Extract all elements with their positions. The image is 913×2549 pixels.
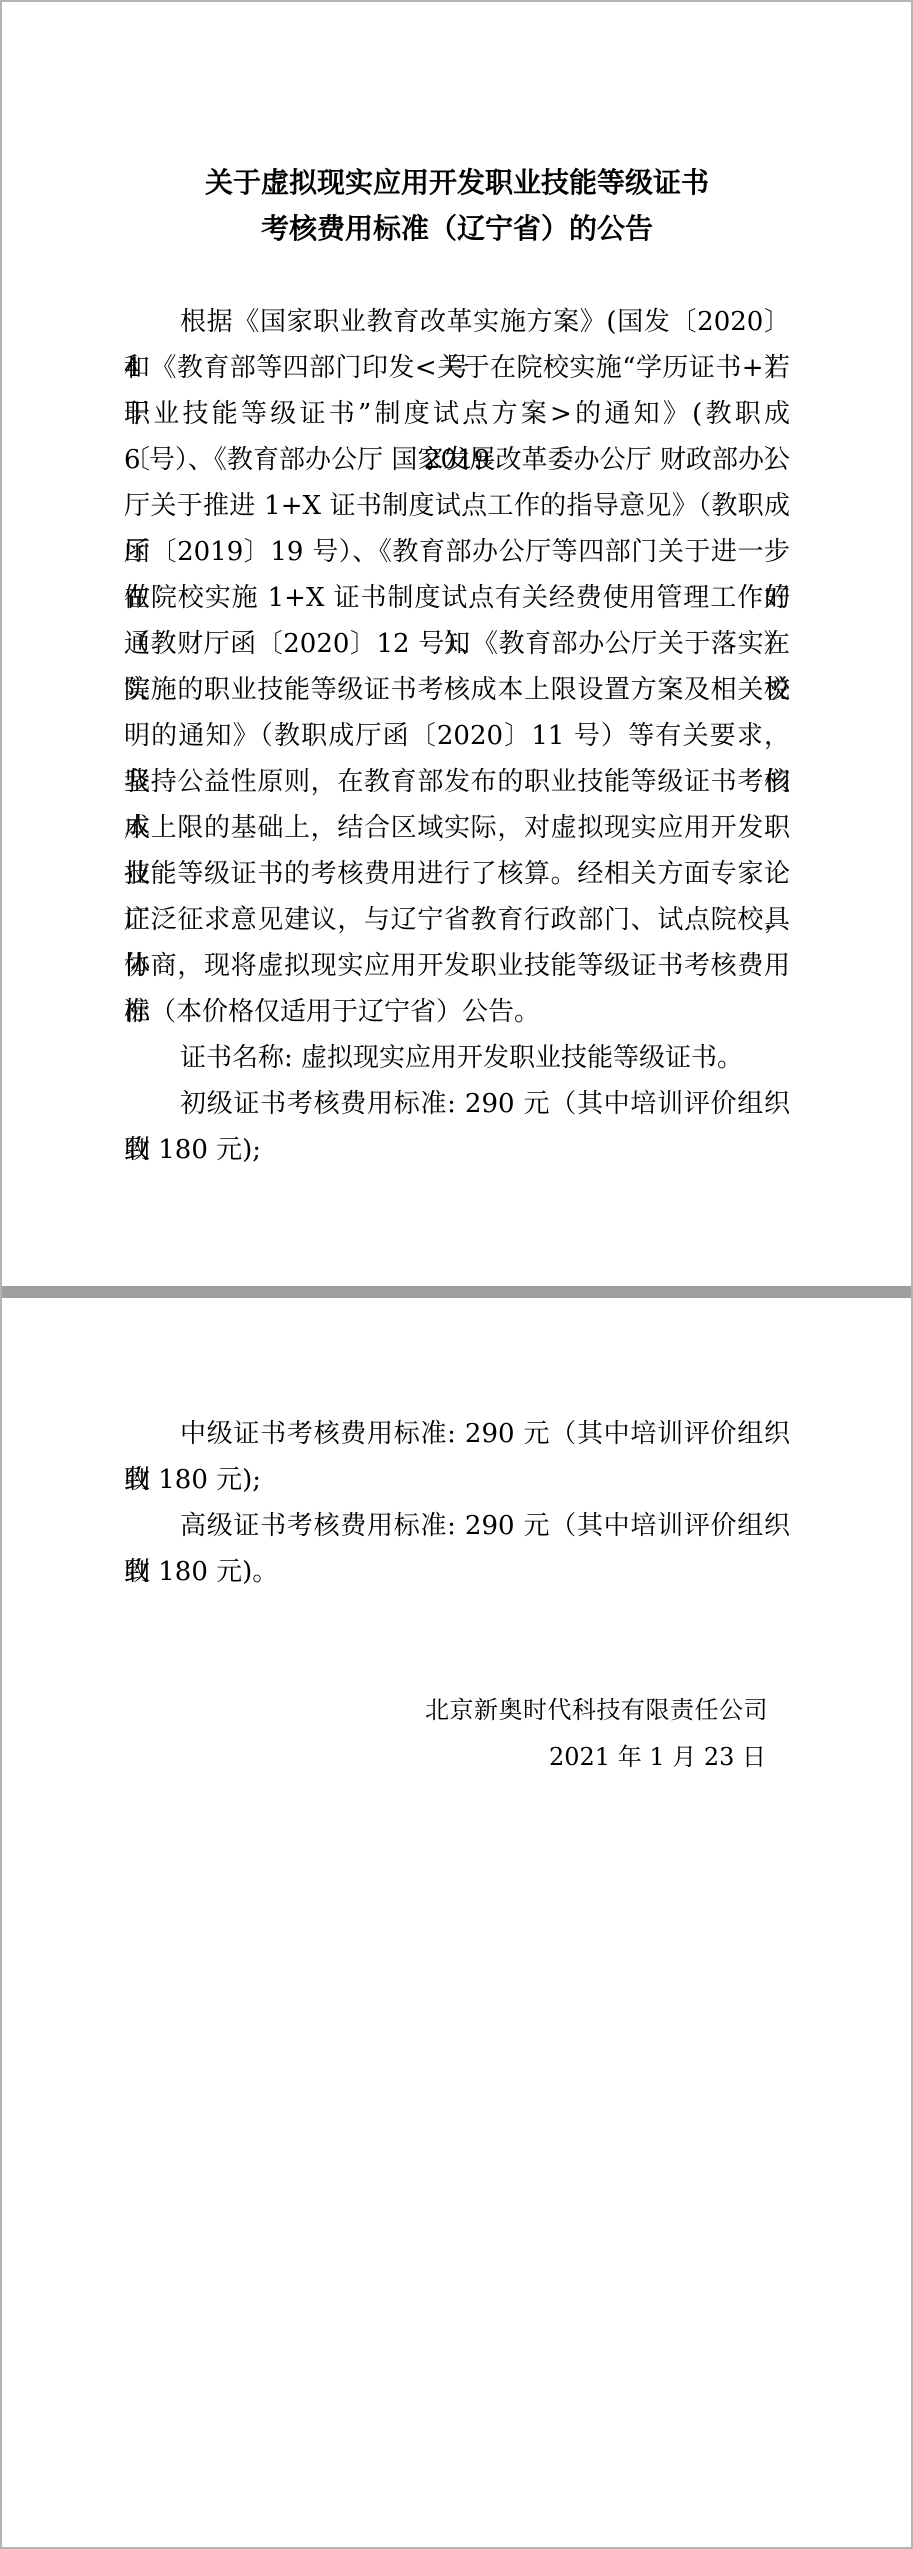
paragraph-line: 坚持公益性原则，在教育部发布的职业技能等级证书考核成 (124, 759, 790, 805)
document-title: 关于虚拟现实应用开发职业技能等级证书 考核费用标准（辽宁省）的公告 (124, 160, 790, 252)
paragraph-line: 广泛征求意见建议，与辽宁省教育行政部门、试点院校具体 (124, 897, 790, 943)
fee-standard-line-senior: 高级证书考核费用标准: 290 元（其中培训评价组织收 (124, 1503, 790, 1549)
paragraph-line: 厅关于推进 1+X 证书制度试点工作的指导意见》（教职成厅 (124, 483, 790, 529)
paragraph-line: 职业技能等级证书”制度试点方案>的通知》(教职成〔2019〕 (124, 391, 790, 437)
paragraph-line: 6 号）、《教育部办公厅 国家发展改革委办公厅 财政部办公 (124, 437, 790, 483)
document-page: 关于虚拟现实应用开发职业技能等级证书 考核费用标准（辽宁省）的公告 根据《国家职… (0, 0, 913, 2549)
fee-standard-line-intermediate-cont: 到 180 元); (124, 1457, 790, 1503)
paragraph-line: 本上限的基础上，结合区域实际，对虚拟现实应用开发职业 (124, 805, 790, 851)
paragraph-line: 根据《国家职业教育改革实施方案》(国发〔2020〕4 号） (124, 299, 790, 345)
fee-standard-line-senior-cont: 到 180 元)。 (124, 1549, 790, 1595)
paragraph-line: 函〔2019〕19 号）、《教育部办公厅等四部门关于进一步做好 (124, 529, 790, 575)
page-break-divider (2, 1286, 911, 1298)
paragraph-line: 协商，现将虚拟现实应用开发职业技能等级证书考核费用标 (124, 943, 790, 989)
title-line-1: 关于虚拟现实应用开发职业技能等级证书 (124, 160, 790, 206)
page2-text: 中级证书考核费用标准: 290 元（其中培训评价组织收 到 180 元); 高级… (124, 1411, 790, 1595)
paragraph-line: 在院校实施 1+X 证书制度试点有关经费使用管理工作的通知》 (124, 575, 790, 621)
certificate-name-line: 证书名称: 虚拟现实应用开发职业技能等级证书。 (124, 1035, 790, 1081)
paragraph-line: 技能等级证书的考核费用进行了核算。经相关方面专家论证， (124, 851, 790, 897)
paragraph-line: 准（本价格仅适用于辽宁省）公告。 (124, 989, 790, 1035)
paragraph-line: 明的通知》（教职成厅函〔2020〕11 号）等有关要求，我们 (124, 713, 790, 759)
issue-date: 2021 年 1 月 23 日 (549, 1734, 766, 1780)
title-line-2: 考核费用标准（辽宁省）的公告 (124, 206, 790, 252)
paragraph-line: 和《教育部等四部门印发<关于在院校实施“学历证书+若干 (124, 345, 790, 391)
page1-text: 根据《国家职业教育改革实施方案》(国发〔2020〕4 号） 和《教育部等四部门印… (124, 299, 790, 1173)
issuer-signature: 北京新奥时代科技有限责任公司 (425, 1687, 768, 1733)
fee-standard-line-intermediate: 中级证书考核费用标准: 290 元（其中培训评价组织收 (124, 1411, 790, 1457)
fee-standard-line-junior-cont: 到 180 元); (124, 1127, 790, 1173)
paragraph-line: 实施的职业技能等级证书考核成本上限设置方案及相关说 (124, 667, 790, 713)
fee-standard-line-junior: 初级证书考核费用标准: 290 元（其中培训评价组织收 (124, 1081, 790, 1127)
paragraph-line: （教财厅函〔2020〕12 号）、《教育部办公厅关于落实在院校 (124, 621, 790, 667)
